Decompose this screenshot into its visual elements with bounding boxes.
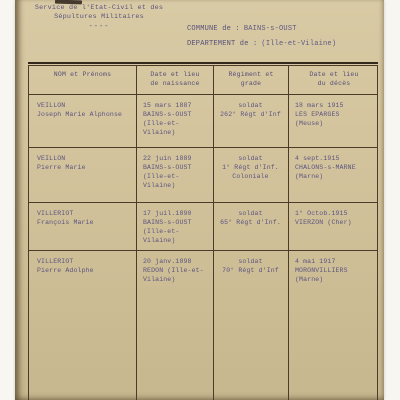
table-row: VEILLON Pierre Marie 22 juin 1889 BAINS-… — [28, 148, 378, 203]
cell-regiment: soldat 262° Régt d'Inf — [214, 95, 289, 147]
commune-value: BAINS-s-OUST — [244, 25, 297, 33]
cell-death: 4 sept.1915 CHALONS-s-MARNE (Marne) — [289, 148, 379, 202]
cell-birth: 22 juin 1889 BAINS-s-OUST (Ille-et-Vilai… — [137, 148, 214, 202]
cell-name: VILLERIOT François Marie — [29, 203, 137, 250]
cell-death: 4 mai 1917 MORONVILLIERS (Marne) — [289, 251, 379, 400]
service-line-1: Service de l'Etat-Civil et des — [29, 4, 169, 13]
commune-label: COMMUNE de : — [187, 25, 240, 33]
service-line-2: Sépultures Militaires — [29, 13, 169, 22]
cell-birth: 15 mars 1887 BAINS-s-OUST (Ille-et-Vilai… — [137, 95, 214, 147]
commune-line: COMMUNE de :BAINS-s-OUST — [187, 25, 297, 33]
table-row: VILLERIOT François Marie 17 juil.1890 BA… — [28, 203, 378, 251]
service-header: Service de l'Etat-Civil et des Sépulture… — [29, 4, 169, 32]
cell-death: 18 mars 1915 LES EPARGES (Meuse) — [289, 95, 379, 147]
cell-regiment: soldat 1° Régt d'Inf. Coloniale — [214, 148, 289, 202]
cell-regiment: soldat 65° Régt d'Inf. — [214, 203, 289, 250]
departement-label: DEPARTEMENT de : — [187, 40, 257, 48]
casualty-register-table: NOM et Prénoms Date et lieu de naissance… — [28, 62, 378, 400]
table-top-rule — [28, 62, 378, 64]
table-row: VILLERIOT Pierre Adolphe 20 janv.1898 RE… — [28, 251, 378, 400]
table-row: VEILLON Joseph Marie Alphonse 15 mars 18… — [28, 95, 378, 148]
cell-death: 1° Octob.1915 VIERZON (Cher) — [289, 203, 379, 250]
departement-line: DEPARTEMENT de :(Ille-et-Vilaine) — [187, 40, 336, 48]
cell-name: VILLERIOT Pierre Adolphe — [29, 251, 137, 400]
cell-birth: 20 janv.1898 REDON (Ille-et- Vilaine) — [137, 251, 214, 400]
cell-name: VEILLON Pierre Marie — [29, 148, 137, 202]
departement-value: (Ille-et-Vilaine) — [261, 40, 336, 48]
cell-name: VEILLON Joseph Marie Alphonse — [29, 95, 137, 147]
col-header-name: NOM et Prénoms — [29, 66, 137, 94]
cell-regiment: soldat 70° Régt d'Inf — [214, 251, 289, 400]
table-header-row: NOM et Prénoms Date et lieu de naissance… — [28, 66, 378, 95]
cell-birth: 17 juil.1890 BAINS-s-OUST (Ille-et-Vilai… — [137, 203, 214, 250]
service-separator: ---- — [29, 23, 169, 32]
col-header-death: Date et lieu du décès — [289, 66, 379, 94]
scanned-document-page: { "header": { "service_line1": "Service … — [0, 0, 400, 400]
col-header-regiment: Régiment et grade — [214, 66, 289, 94]
document-paper: Service de l'Etat-Civil et des Sépulture… — [15, 0, 384, 400]
col-header-birth: Date et lieu de naissance — [137, 66, 214, 94]
